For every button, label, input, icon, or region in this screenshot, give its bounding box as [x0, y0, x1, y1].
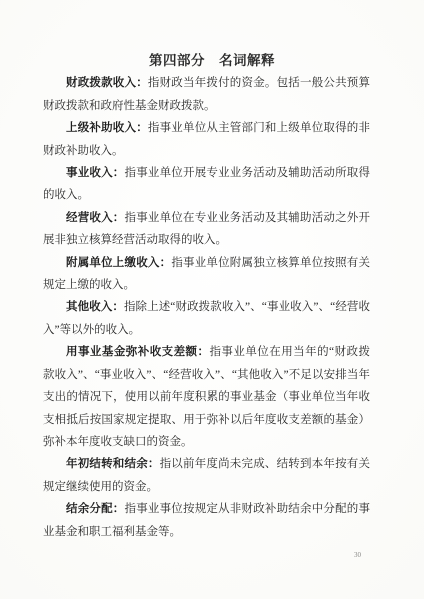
- glossary-paragraph: 年初结转和结余：指以前年度尚未完成、结转到本年按有关规定继续使用的资金。: [43, 453, 370, 498]
- glossary-paragraph: 财政拨款收入：指财政当年拨付的资金。包括一般公共预算财政拨款和政府性基金财政拨款…: [43, 72, 370, 117]
- glossary-paragraph: 用事业基金弥补收支差额：指事业单位在用当年的“财政拨款收入”、“事业收入”、“经…: [43, 341, 370, 453]
- glossary-term: 用事业基金弥补收支差额：: [66, 346, 209, 358]
- document-page: 第四部分 名词解释 财政拨款收入：指财政当年拨付的资金。包括一般公共预算财政拨款…: [0, 0, 424, 599]
- document-body: 财政拨款收入：指财政当年拨付的资金。包括一般公共预算财政拨款和政府性基金财政拨款…: [43, 72, 370, 543]
- glossary-term: 年初结转和结余：: [66, 458, 160, 470]
- page-number: 30: [354, 551, 361, 560]
- page-title: 第四部分 名词解释: [0, 50, 424, 72]
- glossary-paragraph: 事业收入：指事业单位开展专业业务活动及辅助活动所取得的收入。: [43, 162, 370, 207]
- glossary-term: 附属单位上缴收入：: [66, 257, 171, 269]
- glossary-term: 财政拨款收入：: [66, 77, 148, 89]
- glossary-term: 事业收入：: [66, 167, 125, 179]
- glossary-term: 结余分配：: [66, 503, 125, 515]
- glossary-term: 其他收入：: [66, 301, 124, 313]
- glossary-term: 经营收入：: [66, 212, 125, 224]
- glossary-definition: 指事业单位在用当年的“财政拨款收入”、“事业收入”、“经营收入”、“其他收入”不…: [43, 346, 370, 448]
- glossary-term: 上级补助收入：: [66, 122, 148, 134]
- glossary-paragraph: 附属单位上缴收入：指事业单位附属独立核算单位按照有关规定上缴的收入。: [43, 252, 370, 297]
- glossary-paragraph: 上级补助收入：指事业单位从主管部门和上级单位取得的非财政补助收入。: [43, 117, 370, 162]
- glossary-paragraph: 结余分配：指事业事位按规定从非财政补助结余中分配的事业基金和职工福利基金等。: [43, 498, 370, 543]
- glossary-paragraph: 其他收入：指除上述“财政拨款收入”、“事业收入”、“经营收入”等以外的收入。: [43, 296, 370, 341]
- glossary-paragraph: 经营收入：指事业单位在专业业务活动及其辅助活动之外开展非独立核算经营活动取得的收…: [43, 207, 370, 252]
